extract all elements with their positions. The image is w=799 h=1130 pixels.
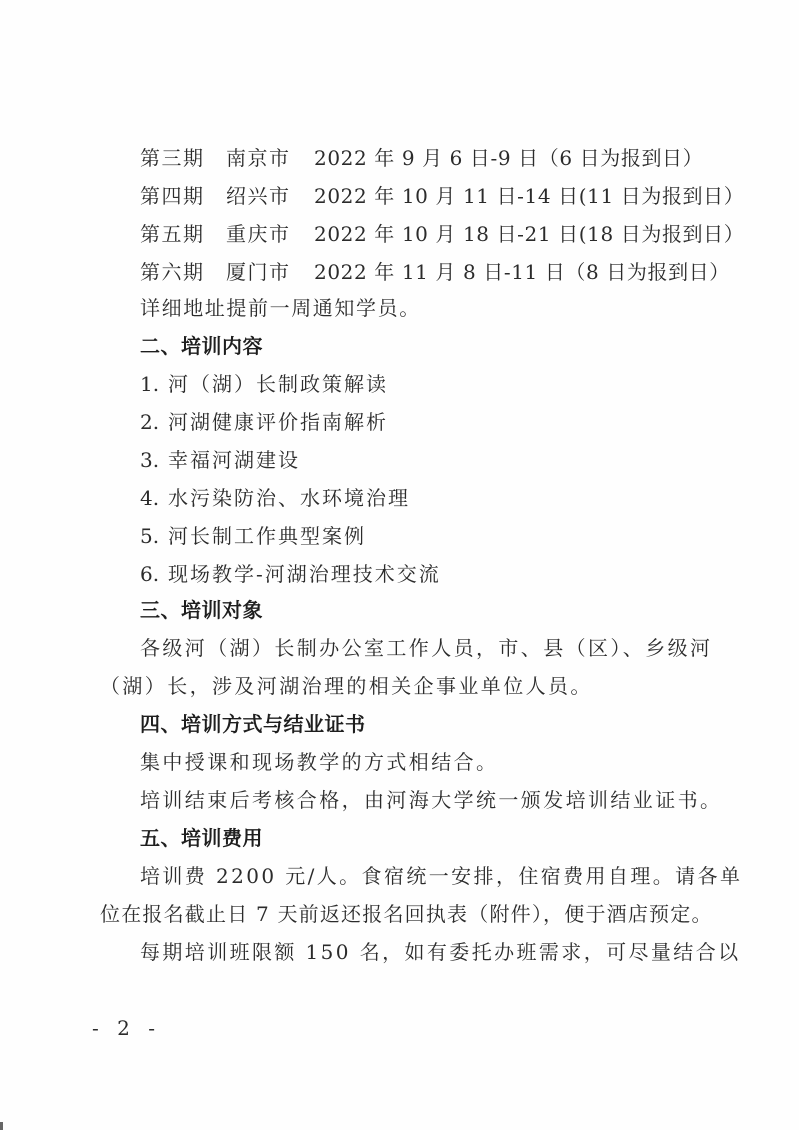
schedule-city: 绍兴市 [226, 184, 314, 208]
section-heading-content: 二、培训内容 [140, 334, 263, 358]
list-number: 1. [140, 372, 168, 396]
schedule-city: 南京市 [226, 146, 314, 170]
schedule-period: 第四期 [140, 184, 226, 208]
section-heading-audience: 三、培训对象 [140, 598, 263, 622]
schedule-row: 第六期厦门市2022 年 11 月 8 日-11 日（8 日为报到日） [140, 260, 730, 284]
audience-paragraph-line2: （湖）长，涉及河湖治理的相关企事业单位人员。 [100, 674, 593, 698]
schedule-row: 第五期重庆市2022 年 10 月 18 日-21 日(18 日为报到日） [140, 222, 744, 246]
section-heading-method: 四、培训方式与结业证书 [140, 712, 366, 736]
list-text: 河湖健康评价指南解析 [168, 410, 388, 434]
list-item: 5.河长制工作典型案例 [140, 524, 366, 548]
list-item: 1.河（湖）长制政策解读 [140, 372, 388, 396]
schedule-city: 重庆市 [226, 222, 314, 246]
list-item: 4.水污染防治、水环境治理 [140, 486, 410, 510]
schedule-city: 厦门市 [226, 260, 314, 284]
list-item: 2.河湖健康评价指南解析 [140, 410, 388, 434]
list-number: 6. [140, 562, 168, 586]
page-number: - 2 - [92, 1016, 161, 1040]
schedule-dates: 2022 年 11 月 8 日-11 日（8 日为报到日） [314, 260, 730, 284]
list-item: 3.幸福河湖建设 [140, 448, 300, 472]
schedule-dates: 2022 年 10 月 11 日-14 日(11 日为报到日） [314, 184, 744, 208]
scan-edge-mark [0, 1122, 3, 1130]
list-number: 3. [140, 448, 168, 472]
schedule-dates: 2022 年 9 月 6 日-9 日（6 日为报到日） [314, 146, 703, 170]
list-number: 5. [140, 524, 168, 548]
list-text: 河长制工作典型案例 [168, 524, 366, 548]
section-heading-fees: 五、培训费用 [140, 826, 263, 850]
list-number: 4. [140, 486, 168, 510]
document-page: 第三期南京市2022 年 9 月 6 日-9 日（6 日为报到日） 第四期绍兴市… [0, 0, 799, 1130]
schedule-row: 第三期南京市2022 年 9 月 6 日-9 日（6 日为报到日） [140, 146, 703, 170]
schedule-period: 第三期 [140, 146, 226, 170]
address-note: 详细地址提前一周通知学员。 [140, 296, 421, 320]
certificate-paragraph: 培训结束后考核合格，由河海大学统一颁发培训结业证书。 [140, 788, 722, 812]
fees-paragraph-line2: 位在报名截止日 7 天前返还报名回执表（附件），便于酒店预定。 [100, 902, 713, 926]
schedule-dates: 2022 年 10 月 18 日-21 日(18 日为报到日） [314, 222, 744, 246]
list-text: 幸福河湖建设 [168, 448, 300, 472]
list-number: 2. [140, 410, 168, 434]
list-text: 水污染防治、水环境治理 [168, 486, 410, 510]
schedule-row: 第四期绍兴市2022 年 10 月 11 日-14 日(11 日为报到日） [140, 184, 744, 208]
schedule-period: 第六期 [140, 260, 226, 284]
audience-paragraph-line1: 各级河（湖）长制办公室工作人员，市、县（区）、乡级河 [140, 636, 712, 660]
list-text: 现场教学-河湖治理技术交流 [168, 562, 441, 586]
method-paragraph: 集中授课和现场教学的方式相结合。 [140, 750, 498, 774]
schedule-period: 第五期 [140, 222, 226, 246]
quota-paragraph-line1: 每期培训班限额 150 名，如有委托办班需求，可尽量结合以 [140, 940, 741, 964]
list-text: 河（湖）长制政策解读 [168, 372, 388, 396]
fees-paragraph-line1: 培训费 2200 元/人。食宿统一安排，住宿费用自理。请各单 [140, 864, 742, 888]
list-item: 6.现场教学-河湖治理技术交流 [140, 562, 441, 586]
